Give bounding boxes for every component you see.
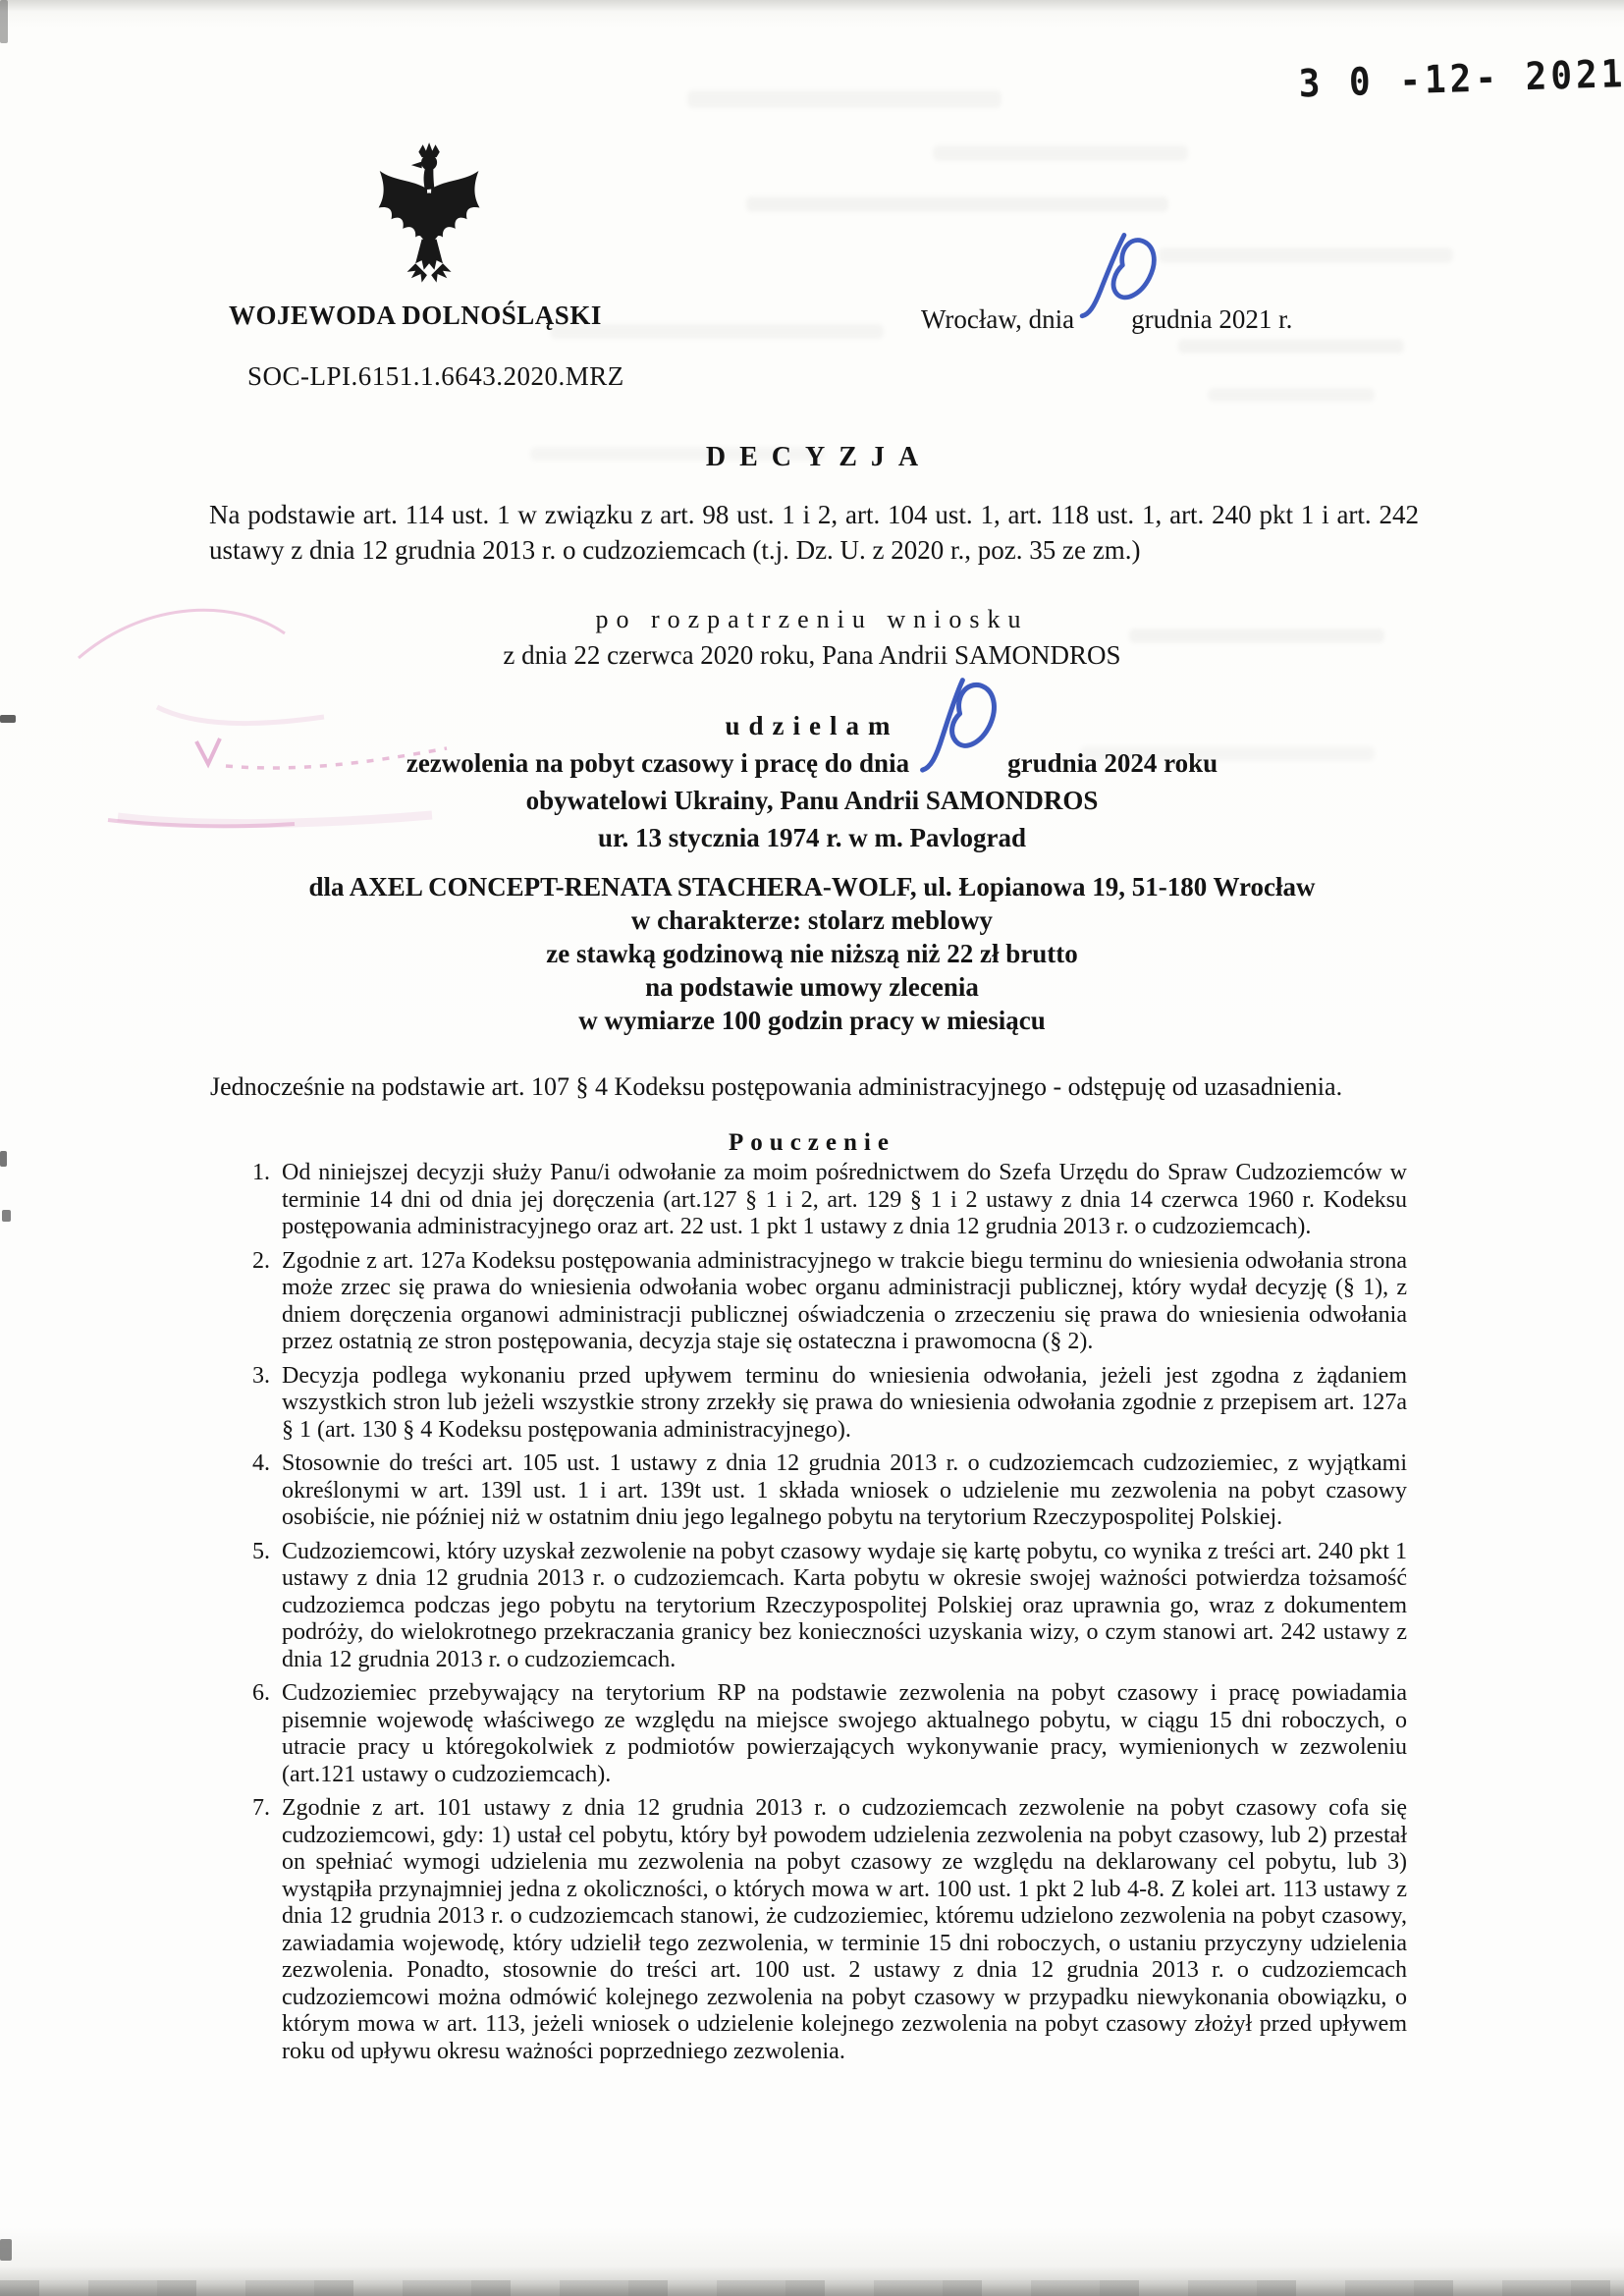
pouczenie-heading: Pouczenie bbox=[0, 1129, 1624, 1157]
item-number: 6. bbox=[229, 1680, 282, 1788]
polish-eagle-emblem bbox=[373, 141, 483, 289]
item-number: 5. bbox=[229, 1539, 282, 1674]
grant-line-1: zezwolenia na pobyt czasowy i pracę do d… bbox=[0, 748, 1624, 779]
wage-line: ze stawką godzinową nie niższą niż 22 zł… bbox=[0, 937, 1624, 970]
bleedthrough-smudge bbox=[1208, 388, 1375, 402]
scan-edge-mark bbox=[0, 2239, 12, 2261]
place-and-date-line: Wrocław, dniagrudnia 2021 r. bbox=[921, 304, 1292, 335]
pouczenie-item: 6. Cudzoziemiec przebywający na terytori… bbox=[229, 1680, 1407, 1788]
decision-title: DECYZJA bbox=[0, 442, 1624, 473]
scan-edge-mark bbox=[2, 1210, 11, 1222]
pouczenie-item: 1. Od niniejszej decyzji służy Panu/i od… bbox=[229, 1160, 1407, 1241]
grant-line-1-after: grudnia 2024 roku bbox=[1007, 748, 1218, 778]
item-text: Cudzoziemiec przebywający na terytorium … bbox=[282, 1680, 1407, 1788]
recital-line: z dnia 22 czerwca 2020 roku, Pana Andrii… bbox=[0, 640, 1624, 671]
grant-line-3: ur. 13 stycznia 1974 r. w m. Pavlograd bbox=[0, 823, 1624, 853]
grant-line-1-before: zezwolenia na pobyt czasowy i pracę do d… bbox=[406, 748, 909, 778]
item-text: Decyzja podlega wykonaniu przed upływem … bbox=[282, 1363, 1407, 1445]
bleedthrough-smudge bbox=[1178, 339, 1404, 354]
item-text: Zgodnie z art. 127a Kodeksu postępowania… bbox=[282, 1248, 1407, 1356]
received-date-stamp: 3 0 -12- 2021 . bbox=[1298, 51, 1624, 106]
place-date-prefix: Wrocław, dnia bbox=[921, 304, 1074, 334]
item-number: 7. bbox=[229, 1795, 282, 2065]
employer-line: dla AXEL CONCEPT-RENATA STACHERA-WOLF, u… bbox=[0, 870, 1624, 903]
issuing-authority: WOJEWODA DOLNOŚLĄSKI bbox=[229, 301, 602, 331]
pouczenie-list: 1. Od niniejszej decyzji służy Panu/i od… bbox=[229, 1160, 1407, 2072]
contract-line: na podstawie umowy zlecenia bbox=[0, 970, 1624, 1004]
item-number: 3. bbox=[229, 1363, 282, 1445]
item-text: Stosownie do treści art. 105 ust. 1 usta… bbox=[282, 1450, 1407, 1532]
pouczenie-item: 2. Zgodnie z art. 127a Kodeksu postępowa… bbox=[229, 1248, 1407, 1356]
item-text: Zgodnie z art. 101 ustawy z dnia 12 grud… bbox=[282, 1795, 1407, 2065]
pouczenie-item: 5. Cudzoziemcowi, który uzyskał zezwolen… bbox=[229, 1539, 1407, 1674]
case-reference-number: SOC-LPI.6151.1.6643.2020.MRZ bbox=[247, 361, 624, 392]
application-recital: po rozpatrzeniu wniosku z dnia 22 czerwc… bbox=[0, 605, 1624, 671]
bleedthrough-smudge bbox=[933, 145, 1188, 161]
item-text: Od niniejszej decyzji służy Panu/i odwoł… bbox=[282, 1160, 1407, 1241]
bleedthrough-smudge bbox=[1159, 247, 1453, 263]
scan-top-edge bbox=[0, 0, 1624, 12]
legal-basis-paragraph: Na podstawie art. 114 ust. 1 w związku z… bbox=[209, 497, 1419, 568]
scan-bottom-noise bbox=[0, 2280, 1624, 2296]
employment-conditions: dla AXEL CONCEPT-RENATA STACHERA-WOLF, u… bbox=[0, 870, 1624, 1037]
recital-line: po rozpatrzeniu wniosku bbox=[0, 605, 1624, 634]
grant-line-2: obywatelowi Ukrainy, Panu Andrii SAMONDR… bbox=[0, 786, 1624, 816]
item-number: 2. bbox=[229, 1248, 282, 1356]
item-number: 4. bbox=[229, 1450, 282, 1532]
justification-waiver: Jednocześnie na podstawie art. 107 § 4 K… bbox=[210, 1072, 1428, 1102]
pouczenie-item: 7. Zgodnie z art. 101 ustawy z dnia 12 g… bbox=[229, 1795, 1407, 2065]
bleedthrough-smudge bbox=[687, 90, 1001, 108]
pouczenie-item: 4. Stosownie do treści art. 105 ust. 1 u… bbox=[229, 1450, 1407, 1532]
position-line: w charakterze: stolarz meblowy bbox=[0, 903, 1624, 937]
bleedthrough-smudge bbox=[746, 196, 1168, 212]
item-number: 1. bbox=[229, 1160, 282, 1241]
document-scan: 3 0 -12- 2021 . WOJEWODA DOLNOŚLĄSKI Wro… bbox=[0, 0, 1624, 2296]
grant-verb: udzielam bbox=[0, 711, 1624, 741]
grant-block: udzielam zezwolenia na pobyt czasowy i p… bbox=[0, 711, 1624, 853]
hours-line: w wymiarze 100 godzin pracy w miesiącu bbox=[0, 1004, 1624, 1037]
scan-edge-mark bbox=[0, 0, 8, 43]
item-text: Cudzoziemcowi, który uzyskał zezwolenie … bbox=[282, 1539, 1407, 1674]
pouczenie-item: 3. Decyzja podlega wykonaniu przed upływ… bbox=[229, 1363, 1407, 1445]
place-date-suffix: grudnia 2021 r. bbox=[1131, 304, 1292, 334]
